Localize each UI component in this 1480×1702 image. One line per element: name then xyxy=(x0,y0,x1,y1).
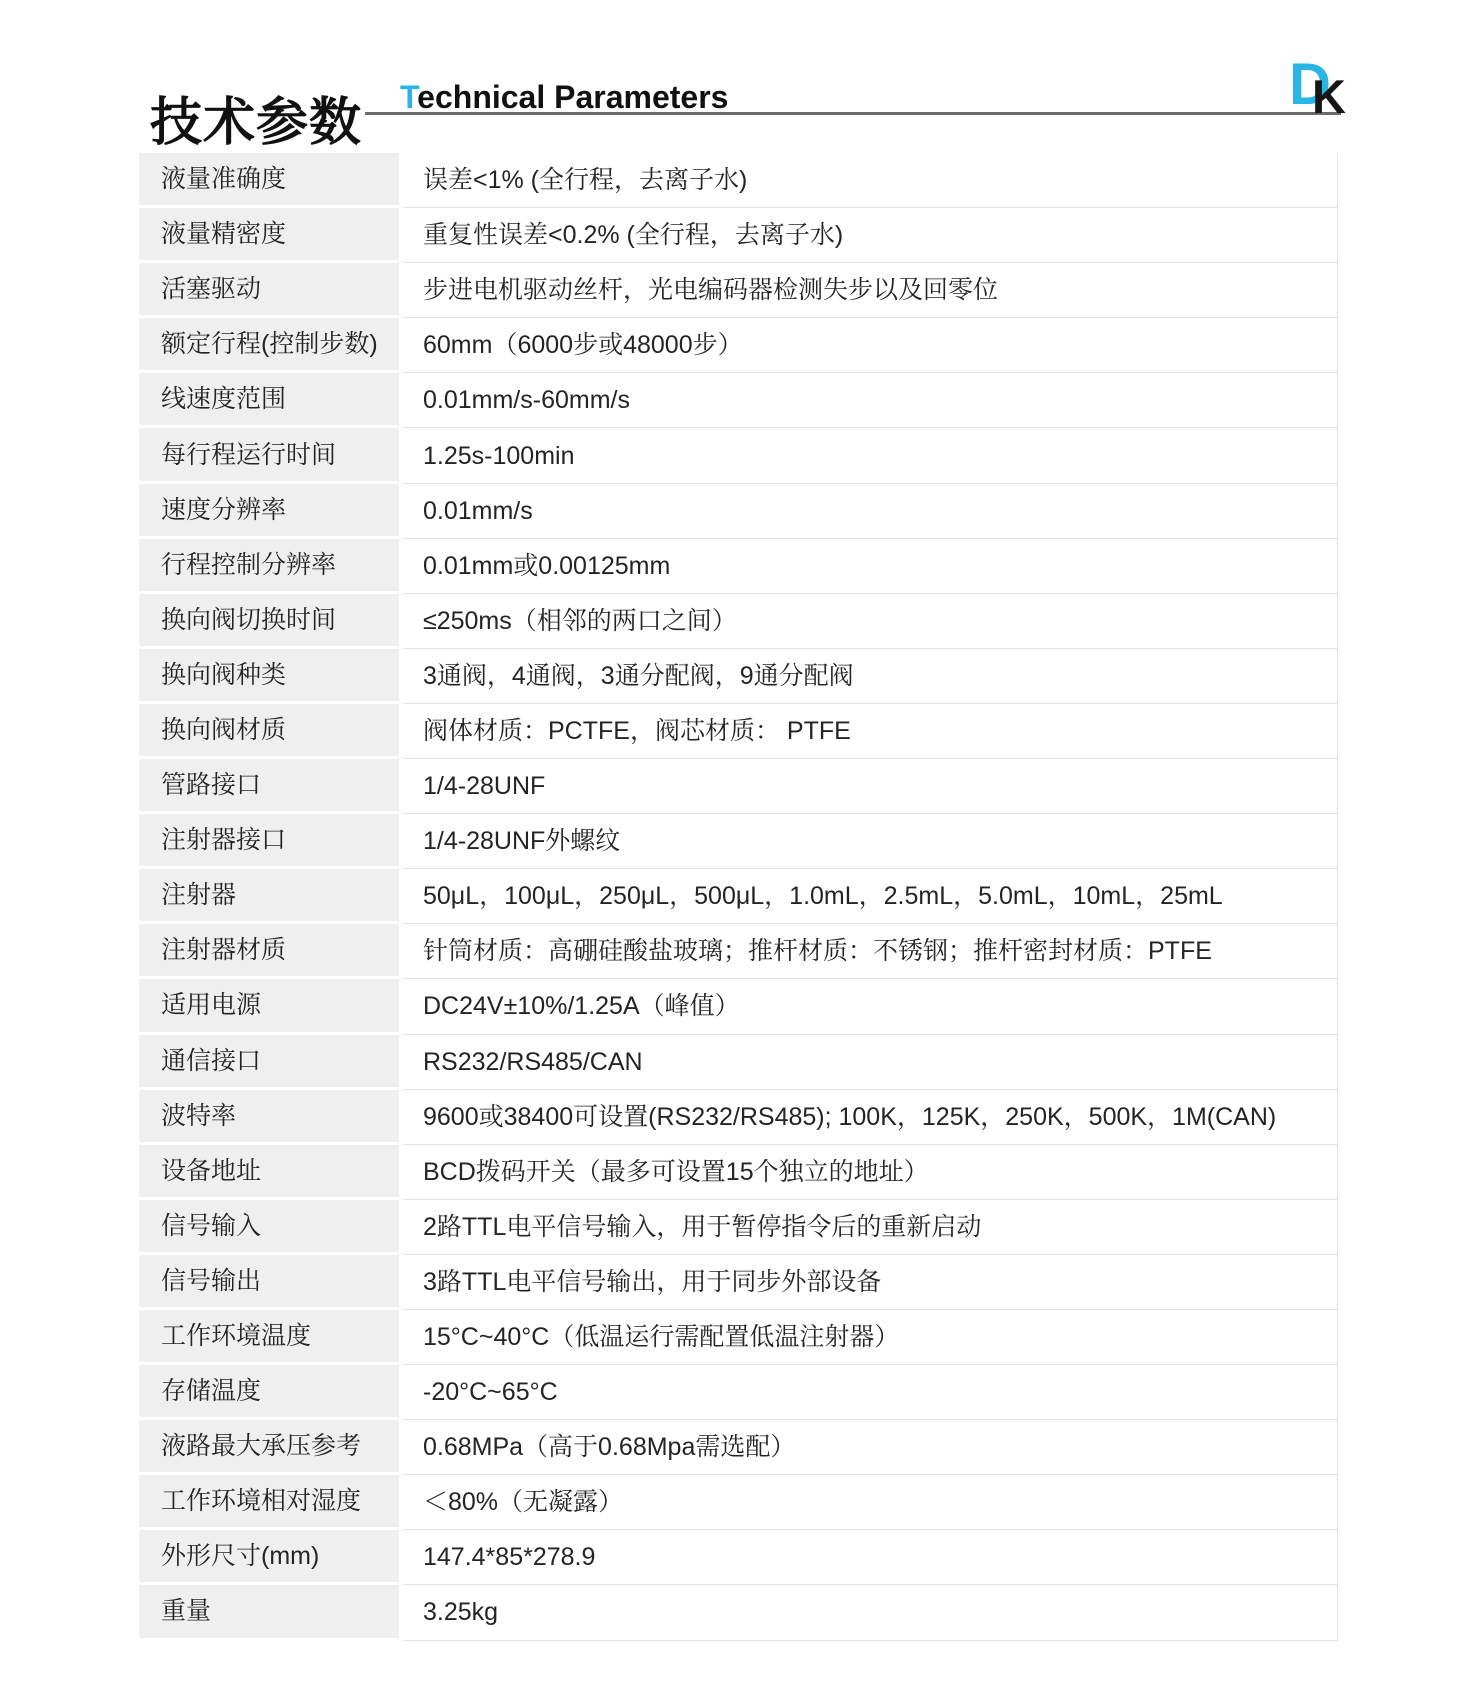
spec-label: 外形尺寸(mm) xyxy=(139,1530,399,1585)
table-row: 适用电源 DC24V±10%/1.25A（峰值） xyxy=(139,979,1338,1034)
table-row: 换向阀种类 3通阀，4通阀，3通分配阀，9通分配阀 xyxy=(139,649,1338,704)
spec-label: 信号输出 xyxy=(139,1255,399,1310)
spec-label: 液路最大承压参考 xyxy=(139,1420,399,1475)
table-row: 信号输入 2路TTL电平信号输入，用于暂停指令后的重新启动 xyxy=(139,1200,1338,1255)
spec-label: 注射器 xyxy=(139,869,399,924)
spec-label: 重量 xyxy=(139,1585,399,1640)
spec-value: 阀体材质：PCTFE，阀芯材质： PTFE xyxy=(403,704,1338,759)
spec-value: 针筒材质：高硼硅酸盐玻璃；推杆材质：不锈钢；推杆密封材质：PTFE xyxy=(403,924,1338,979)
page-title-en: Technical Parameters xyxy=(400,80,728,114)
table-row: 行程控制分辨率 0.01mm或0.00125mm xyxy=(139,539,1338,594)
spec-label: 设备地址 xyxy=(139,1145,399,1200)
spec-label: 存储温度 xyxy=(139,1365,399,1420)
table-row: 管路接口 1/4-28UNF xyxy=(139,759,1338,814)
table-row: 额定行程(控制步数) 60mm（6000步或48000步） xyxy=(139,318,1338,373)
spec-value: 2路TTL电平信号输入，用于暂停指令后的重新启动 xyxy=(403,1200,1338,1255)
spec-label: 行程控制分辨率 xyxy=(139,539,399,594)
spec-value: 50μL，100μL，250μL，500μL，1.0mL，2.5mL，5.0mL… xyxy=(403,869,1338,924)
table-row: 工作环境温度 15°C~40°C（低温运行需配置低温注射器） xyxy=(139,1310,1338,1365)
title-en-initial: T xyxy=(400,79,417,115)
spec-value: 147.4*85*278.9 xyxy=(403,1530,1338,1585)
header-underline xyxy=(365,112,1341,115)
spec-value: ≤250ms（相邻的两口之间） xyxy=(403,594,1338,649)
spec-label: 信号输入 xyxy=(139,1200,399,1255)
spec-label: 注射器接口 xyxy=(139,814,399,869)
table-row: 信号输出 3路TTL电平信号输出，用于同步外部设备 xyxy=(139,1255,1338,1310)
spec-value: 1/4-28UNF xyxy=(403,759,1338,814)
spec-value: 误差<1% (全行程，去离子水) xyxy=(403,153,1338,208)
spec-value: 重复性误差<0.2% (全行程，去离子水) xyxy=(403,208,1338,263)
spec-value: 3.25kg xyxy=(403,1585,1338,1640)
spec-label: 工作环境温度 xyxy=(139,1310,399,1365)
spec-value: 15°C~40°C（低温运行需配置低温注射器） xyxy=(403,1310,1338,1365)
spec-value: 0.68MPa（高于0.68Mpa需选配） xyxy=(403,1420,1338,1475)
table-row: 存储温度 -20°C~65°C xyxy=(139,1365,1338,1420)
table-row: 设备地址 BCD拨码开关（最多可设置15个独立的地址） xyxy=(139,1145,1338,1200)
spec-label: 额定行程(控制步数) xyxy=(139,318,399,373)
table-row: 液量精密度 重复性误差<0.2% (全行程，去离子水) xyxy=(139,208,1338,263)
spec-value: RS232/RS485/CAN xyxy=(403,1035,1338,1090)
spec-sheet-page: 技术参数 Technical Parameters D K 液量准确度 误差<1… xyxy=(0,0,1480,1702)
table-row: 重量 3.25kg xyxy=(139,1585,1338,1640)
logo-letter-k: K xyxy=(1312,73,1346,120)
spec-label: 每行程运行时间 xyxy=(139,428,399,483)
spec-value: 1.25s-100min xyxy=(403,428,1338,483)
table-row: 波特率 9600或38400可设置(RS232/RS485); 100K，125… xyxy=(139,1090,1338,1145)
spec-label: 工作环境相对湿度 xyxy=(139,1475,399,1530)
table-row: 工作环境相对湿度 ＜80%（无凝露） xyxy=(139,1475,1338,1530)
table-row: 每行程运行时间 1.25s-100min xyxy=(139,428,1338,483)
spec-label: 适用电源 xyxy=(139,979,399,1034)
spec-label: 线速度范围 xyxy=(139,373,399,428)
spec-label: 通信接口 xyxy=(139,1035,399,1090)
spec-label: 注射器材质 xyxy=(139,924,399,979)
table-row: 通信接口 RS232/RS485/CAN xyxy=(139,1035,1338,1090)
table-row: 注射器接口 1/4-28UNF外螺纹 xyxy=(139,814,1338,869)
spec-value: 0.01mm或0.00125mm xyxy=(403,539,1338,594)
spec-value: 3路TTL电平信号输出，用于同步外部设备 xyxy=(403,1255,1338,1310)
spec-value: 3通阀，4通阀，3通分配阀，9通分配阀 xyxy=(403,649,1338,704)
table-row: 换向阀材质 阀体材质：PCTFE，阀芯材质： PTFE xyxy=(139,704,1338,759)
spec-label: 管路接口 xyxy=(139,759,399,814)
spec-value: 步进电机驱动丝杆，光电编码器检测失步以及回零位 xyxy=(403,263,1338,318)
page-title-zh: 技术参数 xyxy=(150,95,362,151)
table-row: 液路最大承压参考 0.68MPa（高于0.68Mpa需选配） xyxy=(139,1420,1338,1475)
title-en-rest: echnical Parameters xyxy=(417,79,728,115)
spec-value: 9600或38400可设置(RS232/RS485); 100K，125K，25… xyxy=(403,1090,1338,1145)
spec-label: 活塞驱动 xyxy=(139,263,399,318)
table-row: 注射器 50μL，100μL，250μL，500μL，1.0mL，2.5mL，5… xyxy=(139,869,1338,924)
spec-value: DC24V±10%/1.25A（峰值） xyxy=(403,979,1338,1034)
table-row: 液量准确度 误差<1% (全行程，去离子水) xyxy=(139,153,1338,208)
table-row: 注射器材质 针筒材质：高硼硅酸盐玻璃；推杆材质：不锈钢；推杆密封材质：PTFE xyxy=(139,924,1338,979)
spec-value: 0.01mm/s-60mm/s xyxy=(403,373,1338,428)
spec-value: BCD拨码开关（最多可设置15个独立的地址） xyxy=(403,1145,1338,1200)
spec-value: 0.01mm/s xyxy=(403,484,1338,539)
table-row: 线速度范围 0.01mm/s-60mm/s xyxy=(139,373,1338,428)
table-row: 外形尺寸(mm) 147.4*85*278.9 xyxy=(139,1530,1338,1585)
spec-label: 波特率 xyxy=(139,1090,399,1145)
spec-label: 换向阀种类 xyxy=(139,649,399,704)
table-row: 换向阀切换时间 ≤250ms（相邻的两口之间） xyxy=(139,594,1338,649)
spec-value: ＜80%（无凝露） xyxy=(403,1475,1338,1530)
spec-value: 60mm（6000步或48000步） xyxy=(403,318,1338,373)
spec-label: 液量准确度 xyxy=(139,153,399,208)
spec-label: 换向阀材质 xyxy=(139,704,399,759)
spec-table: 液量准确度 误差<1% (全行程，去离子水) 液量精密度 重复性误差<0.2% … xyxy=(139,153,1338,1641)
spec-label: 液量精密度 xyxy=(139,208,399,263)
spec-value: 1/4-28UNF外螺纹 xyxy=(403,814,1338,869)
spec-label: 速度分辨率 xyxy=(139,484,399,539)
table-row: 活塞驱动 步进电机驱动丝杆，光电编码器检测失步以及回零位 xyxy=(139,263,1338,318)
spec-label: 换向阀切换时间 xyxy=(139,594,399,649)
spec-value: -20°C~65°C xyxy=(403,1365,1338,1420)
table-row: 速度分辨率 0.01mm/s xyxy=(139,484,1338,539)
